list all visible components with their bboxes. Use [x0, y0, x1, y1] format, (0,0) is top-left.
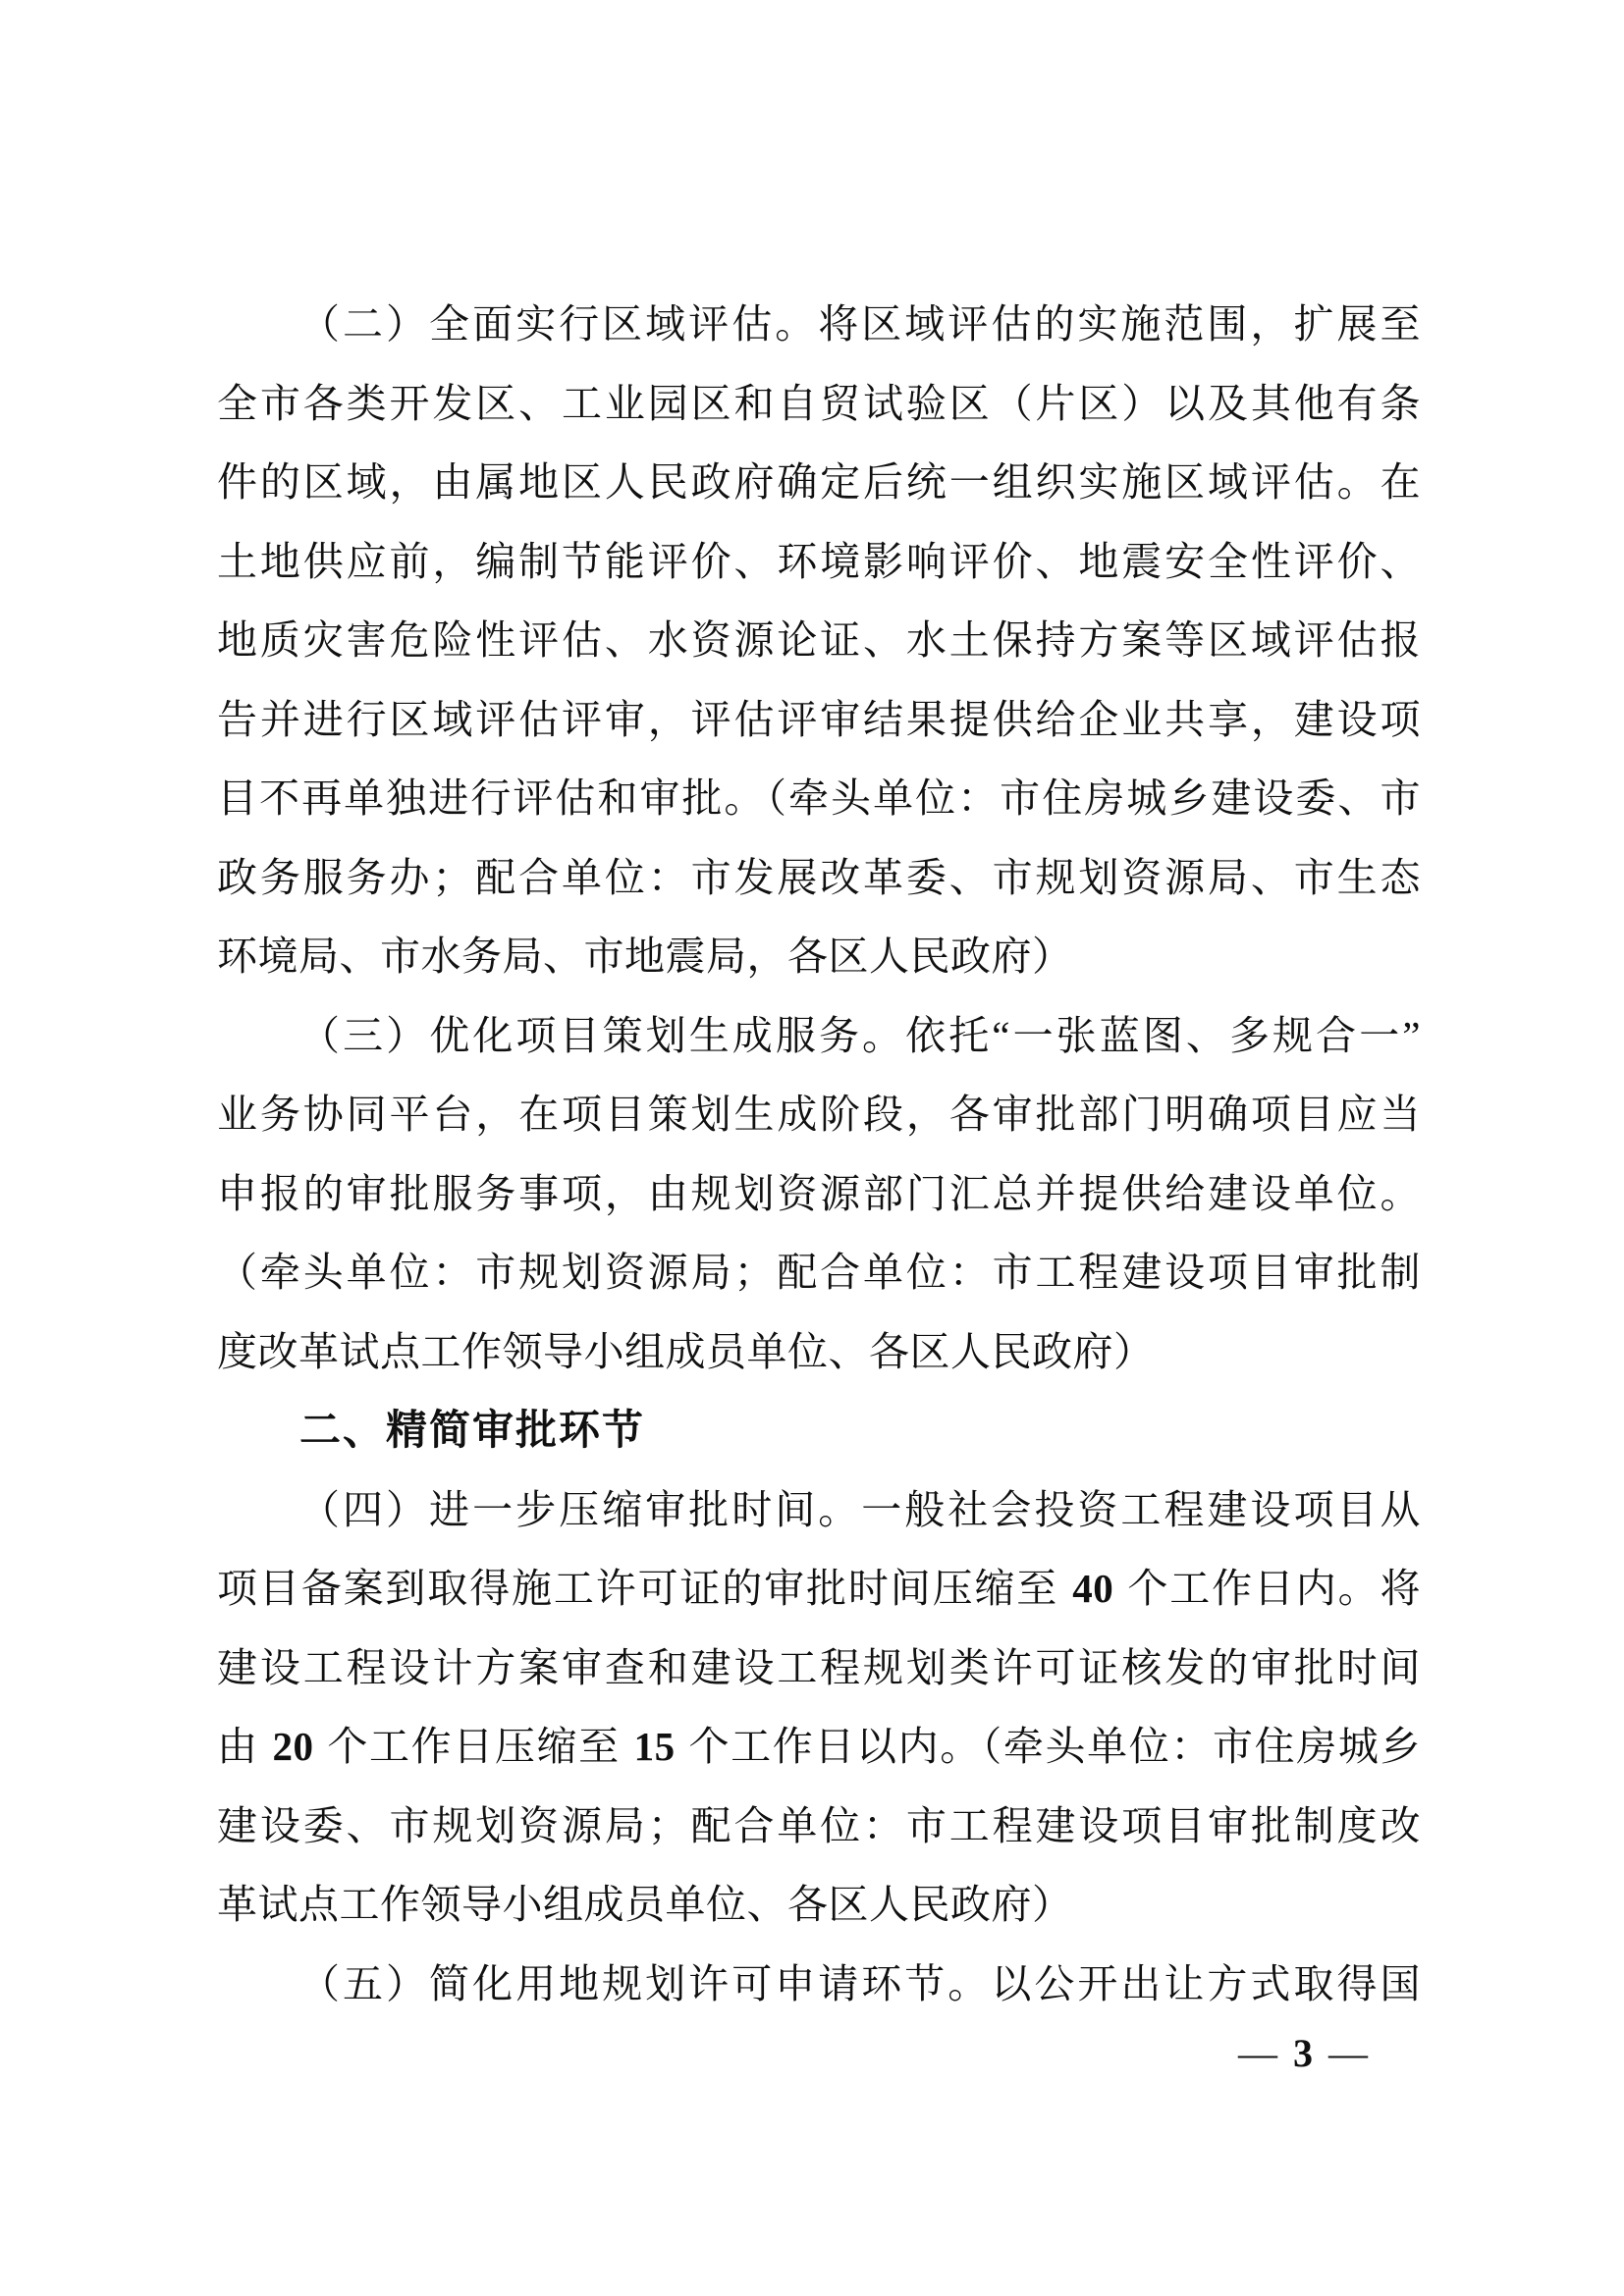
text-line: （二）全面实行区域评估。将区域评估的实施范围，扩展至: [217, 285, 1421, 364]
section-heading: 二、精简审批环节: [217, 1391, 1421, 1470]
text-line: （牵头单位：市规划资源局；配合单位：市工程建设项目审批制: [217, 1233, 1421, 1312]
text-line: （三）优化项目策划生成服务。依托“一张蓝图、多规合一”: [217, 996, 1421, 1076]
text-line: 建设工程设计方案审查和建设工程规划类许可证核发的审批时间: [217, 1629, 1421, 1708]
text-line: 申报的审批服务事项，由规划资源部门汇总并提供给建设单位。: [217, 1154, 1421, 1234]
text-line: （五）简化用地规划许可申请环节。以公开出让方式取得国: [217, 1945, 1421, 2024]
footer-dash-right: —: [1328, 2031, 1368, 2075]
text-line: （四）进一步压缩审批时间。一般社会投资工程建设项目从: [217, 1470, 1421, 1550]
text-line: 土地供应前，编制节能评价、环境影响评价、地震安全性评价、: [217, 522, 1421, 602]
text-line: 由 20 个工作日压缩至 15 个工作日以内。（牵头单位：市住房城乡: [217, 1707, 1421, 1787]
text-line: 环境局、市水务局、市地震局，各区人民政府）: [217, 917, 1421, 996]
text-line: 目不再单独进行评估和审批。（牵头单位：市住房城乡建设委、市: [217, 759, 1421, 838]
text-line: 度改革试点工作领导小组成员单位、各区人民政府）: [217, 1312, 1421, 1392]
text-line: 革试点工作领导小组成员单位、各区人民政府）: [217, 1865, 1421, 1945]
text-line: 建设委、市规划资源局；配合单位：市工程建设项目审批制度改: [217, 1787, 1421, 1866]
page-footer: —3—: [1238, 2024, 1368, 2083]
inline-number: 15: [632, 1724, 677, 1769]
text-line: 全市各类开发区、工业园区和自贸试验区（片区）以及其他有条: [217, 364, 1421, 444]
inline-number: 40: [1070, 1566, 1115, 1611]
text-line: 项目备案到取得施工许可证的审批时间压缩至 40 个工作日内。将: [217, 1549, 1421, 1629]
text-line: 件的区域，由属地区人民政府确定后统一组织实施区域评估。在: [217, 443, 1421, 522]
inline-number: 20: [271, 1724, 316, 1769]
text-line: 政务服务办；配合单位：市发展改革委、市规划资源局、市生态: [217, 838, 1421, 918]
text-line: 业务协同平台，在项目策划生成阶段，各审批部门明确项目应当: [217, 1075, 1421, 1154]
footer-dash-left: —: [1238, 2031, 1277, 2075]
document-page: { "page": { "background_color": "#ffffff…: [0, 0, 1624, 2296]
text-line: 地质灾害危险性评估、水资源论证、水土保持方案等区域评估报: [217, 601, 1421, 680]
text-line: 告并进行区域评估评审，评估评审结果提供给企业共享，建设项: [217, 680, 1421, 760]
page-sheet: （二）全面实行区域评估。将区域评估的实施范围，扩展至全市各类开发区、工业园区和自…: [0, 0, 1624, 2296]
page-number: 3: [1291, 2031, 1315, 2075]
document-body: （二）全面实行区域评估。将区域评估的实施范围，扩展至全市各类开发区、工业园区和自…: [217, 285, 1421, 2023]
